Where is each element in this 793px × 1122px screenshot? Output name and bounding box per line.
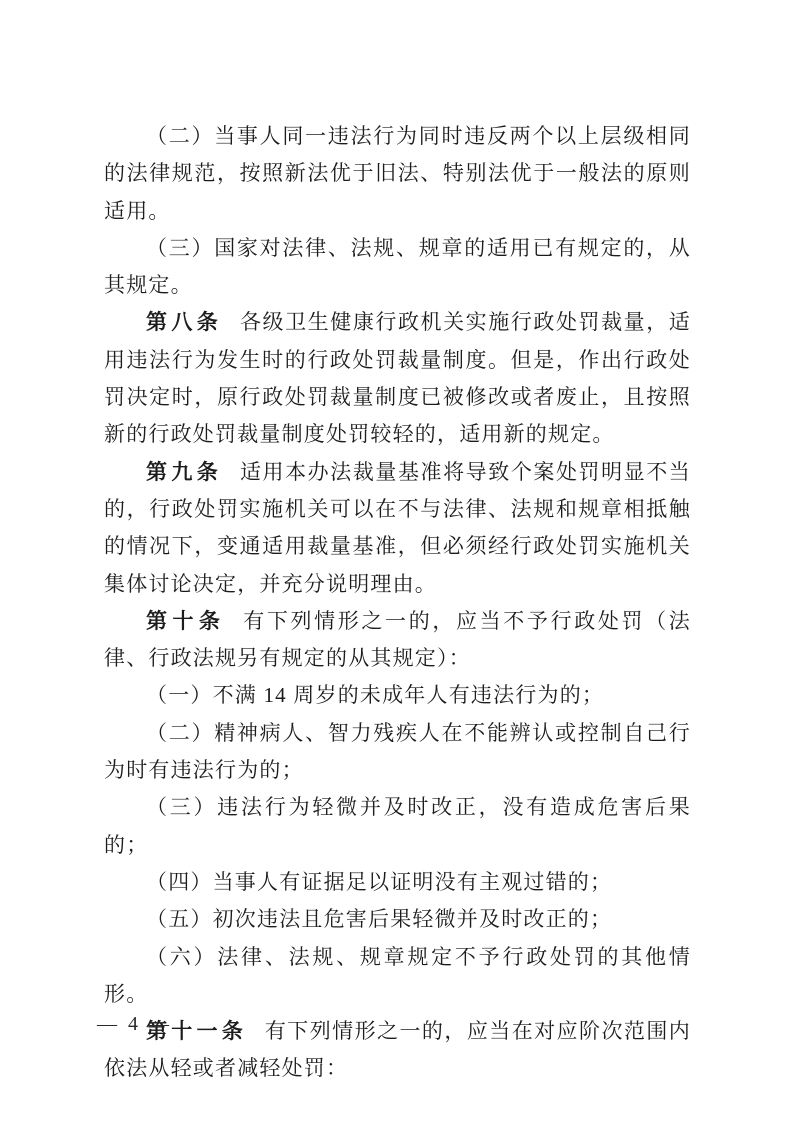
page-number: — 4 — [97,1013,172,1036]
document-page: （二）当事人同一违法行为同时违反两个以上层级相同的法律规范，按照新法优于旧法、特… [0,0,793,1122]
paragraph: （五）初次违法且危害后果轻微并及时改正的； [104,901,691,938]
paragraph-text: （二）精神病人、智力残疾人在不能辨认或控制自己行为时有违法行为的； [104,721,691,782]
document-body: （二）当事人同一违法行为同时违反两个以上层级相同的法律规范，按照新法优于旧法、特… [104,118,691,1088]
paragraph-text: （三）国家对法律、法规、规章的适用已有规定的，从其规定。 [104,236,691,297]
paragraph-text: （一）不满 14 周岁的未成年人有违法行为的； [146,683,604,707]
paragraph: （二）精神病人、智力残疾人在不能辨认或控制自己行为时有违法行为的； [104,715,691,790]
paragraph: 第十条有下列情形之一的，应当不予行政处罚（法律、行政法规另有规定的从其规定）： [104,603,691,678]
paragraph: （三）国家对法律、法规、规章的适用已有规定的，从其规定。 [104,230,691,305]
article-number: 第十条 [146,610,225,633]
paragraph: 第九条适用本办法裁量基准将导致个案处罚明显不当的，行政处罚实施机关可以在不与法律… [104,454,691,603]
paragraph: （三）违法行为轻微并及时改正，没有造成危害后果的； [104,789,691,864]
article-number: 第八条 [146,311,222,334]
paragraph: （四）当事人有证据足以证明没有主观过错的； [104,864,691,901]
paragraph-text: （二）当事人同一违法行为同时违反两个以上层级相同的法律规范，按照新法优于旧法、特… [104,124,691,223]
paragraph-text: （五）初次违法且危害后果轻微并及时改正的； [146,907,612,931]
paragraph: 第十一条有下列情形之一的，应当在对应阶次范围内依法从轻或者减轻处罚： [104,1013,691,1088]
paragraph: （一）不满 14 周岁的未成年人有违法行为的； [104,677,691,714]
article-number: 第九条 [146,461,222,484]
paragraph: 第八条各级卫生健康行政机关实施行政处罚裁量，适用违法行为发生时的行政处罚裁量制度… [104,304,691,453]
paragraph: （二）当事人同一违法行为同时违反两个以上层级相同的法律规范，按照新法优于旧法、特… [104,118,691,230]
paragraph: （六）法律、法规、规章规定不予行政处罚的其他情形。 [104,939,691,1014]
paragraph-text: （三）违法行为轻微并及时改正，没有造成危害后果的； [104,795,691,856]
paragraph-text: （六）法律、法规、规章规定不予行政处罚的其他情形。 [104,945,691,1006]
paragraph-text: （四）当事人有证据足以证明没有主观过错的； [146,870,612,894]
